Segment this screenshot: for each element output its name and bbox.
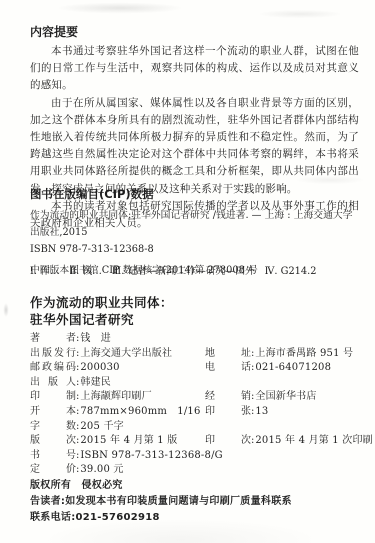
colophon-left-cell: 定价:39.00 元 [30,460,205,475]
book-title-line-2: 驻华外国记者研究 [30,312,173,329]
book-title-block: 作为流动的职业共同体： 驻华外国记者研究 [30,295,173,328]
cip-isbn-line: ISBN 978-7-313-12368-8 [30,241,360,258]
colophon-value: 021-64071208 [255,362,331,373]
copyright-notice: 版权所有 侵权必究 [30,478,360,494]
colophon-row: 邮政编码:200030 电话:021-64071208 [30,358,360,373]
colophon-left-cell: 字数:205 千字 [30,417,205,432]
cip-title-line: 作为流动的职业共同体:驻华外国记者研究 /钱进著. — 上海 : 上海交通大学出… [30,207,360,241]
colophon-left-cell: 著者:钱 进 [30,329,205,344]
summary-paragraph: 由于在所从属国家、媒体属性以及各自职业背景等方面的区别，加之这个群体本身所具有的… [30,95,359,198]
colophon-label: 地址 [205,344,251,359]
colophon-separator: : [76,391,79,402]
colophon-separator: : [76,435,79,446]
colophon-label: 书号 [30,446,76,461]
colophon-left-cell: 邮政编码:200030 [30,358,205,373]
cip-record-number-line: 中国版本图书馆 CIP 数据核字(2014)第 278008 号 [30,262,258,276]
colophon-value: 13 [255,406,268,417]
colophon-label: 定价 [30,460,76,475]
colophon-row: 出版发行:上海交通大学出版社 地址:上海市番禺路 951 号 [30,344,360,359]
colophon-row: 出版人:韩建民 : [30,373,360,388]
reader-notice: 告读者:如发现本书有印装质量问题请与印刷厂质量科联系 [30,494,360,510]
colophon-value: 钱 进 [80,329,111,344]
colophon-label: 印张 [205,402,251,417]
colophon-row: 书号:ISBN 978-7-313-12368-8/G : [30,446,360,461]
colophon-row: 开本:787mm×960mm 1/16 印张:13 [30,402,360,417]
colophon-separator: : [76,362,79,373]
colophon-value: 韩建民 [80,373,111,388]
colophon-label: 出版发行 [30,344,76,359]
colophon-value: 787mm×960mm 1/16 [80,402,200,417]
colophon-left-cell: 版次:2015 年 4 月第 1 版 [30,431,205,446]
colophon-row: 定价:39.00 元 : [30,460,360,475]
colophon-label: 开本 [30,402,76,417]
summary-heading: 内容提要 [30,24,359,41]
colophon-value: 全国新华书店 [255,387,316,402]
colophon-right-cell: 印张:13 [205,402,360,417]
colophon-value: 2015 年 4 月第 1 版 [80,431,177,446]
colophon-separator: : [251,362,254,373]
colophon-left-cell: 印制:上海颛辉印刷厂 [30,387,205,402]
colophon-right-cell: 经销:全国新华书店 [205,387,360,402]
colophon-label: 经销 [205,387,251,402]
colophon-left-cell: 出版人:韩建民 [30,373,205,388]
colophon-separator: : [251,406,254,417]
colophon-right-cell: 印次:2015 年 4 月第 1 次印刷 [205,431,373,446]
colophon-right-cell: 地址:上海市番禺路 951 号 [205,344,360,359]
book-title-line-1: 作为流动的职业共同体： [30,295,173,312]
colophon-separator: : [251,391,254,402]
colophon-row: 版次:2015 年 4 月第 1 版 印次:2015 年 4 月第 1 次印刷 [30,431,360,446]
colophon-separator: : [76,333,79,344]
colophon-separator: : [76,348,79,359]
colophon-table: 著者:钱 进 : 出版发行:上海交通大学出版社 地址:上海市番禺路 951 号 … [30,329,360,475]
colophon-value: 205 千字 [80,417,123,432]
colophon-value: 2015 年 4 月第 1 次印刷 [255,431,372,446]
cip-heading: 图书在版编目(CIP)数据 [30,186,360,202]
colophon-row: 字数:205 千字 : [30,417,360,432]
book-copyright-page: 内容提要 本书通过考察驻华外国记者这样一个流动的职业人群，试图在他们的日常工作与… [0,0,375,543]
colophon-left-cell: 开本:787mm×960mm 1/16 [30,402,205,417]
colophon-separator: : [251,348,254,359]
colophon-value: 上海交通大学出版社 [80,344,172,359]
colophon-value: 39.00 元 [80,460,123,475]
colophon-separator: : [76,450,79,461]
contact-phone-line: 联系电话:021-57602918 [30,510,360,526]
colophon-separator: : [76,377,79,388]
colophon-separator: : [76,464,79,475]
colophon-label: 出版人 [30,373,76,388]
colophon-separator: : [76,406,79,417]
colophon-label: 著者 [30,329,76,344]
copyright-notice-block: 版权所有 侵权必究 告读者:如发现本书有印装质量问题请与印刷厂质量科联系 联系电… [30,478,360,526]
summary-paragraph: 本书通过考察驻华外国记者这样一个流动的职业人群，试图在他们的日常工作与生活中，观… [30,43,359,95]
colophon-value: 200030 [80,362,119,373]
colophon-row: 著者:钱 进 : [30,329,360,344]
colophon-left-cell: 出版发行:上海交通大学出版社 [30,344,205,359]
colophon-label: 版次 [30,431,76,446]
colophon-label: 邮政编码 [30,358,76,373]
colophon-value: 上海市番禺路 951 号 [255,344,353,359]
colophon-row: 印制:上海颛辉印刷厂 经销:全国新华书店 [30,387,360,402]
colophon-label: 印制 [30,387,76,402]
colophon-label: 字数 [30,417,76,432]
colophon-value: ISBN 978-7-313-12368-8/G [80,450,222,461]
colophon-label: 电话 [205,358,251,373]
colophon-value: 上海颛辉印刷厂 [80,387,151,402]
colophon-left-cell: 书号:ISBN 978-7-313-12368-8/G [30,446,205,461]
colophon-right-cell: 电话:021-64071208 [205,358,360,373]
colophon-separator: : [251,435,254,446]
colophon-label: 印次 [205,431,251,446]
colophon-separator: : [76,421,79,432]
